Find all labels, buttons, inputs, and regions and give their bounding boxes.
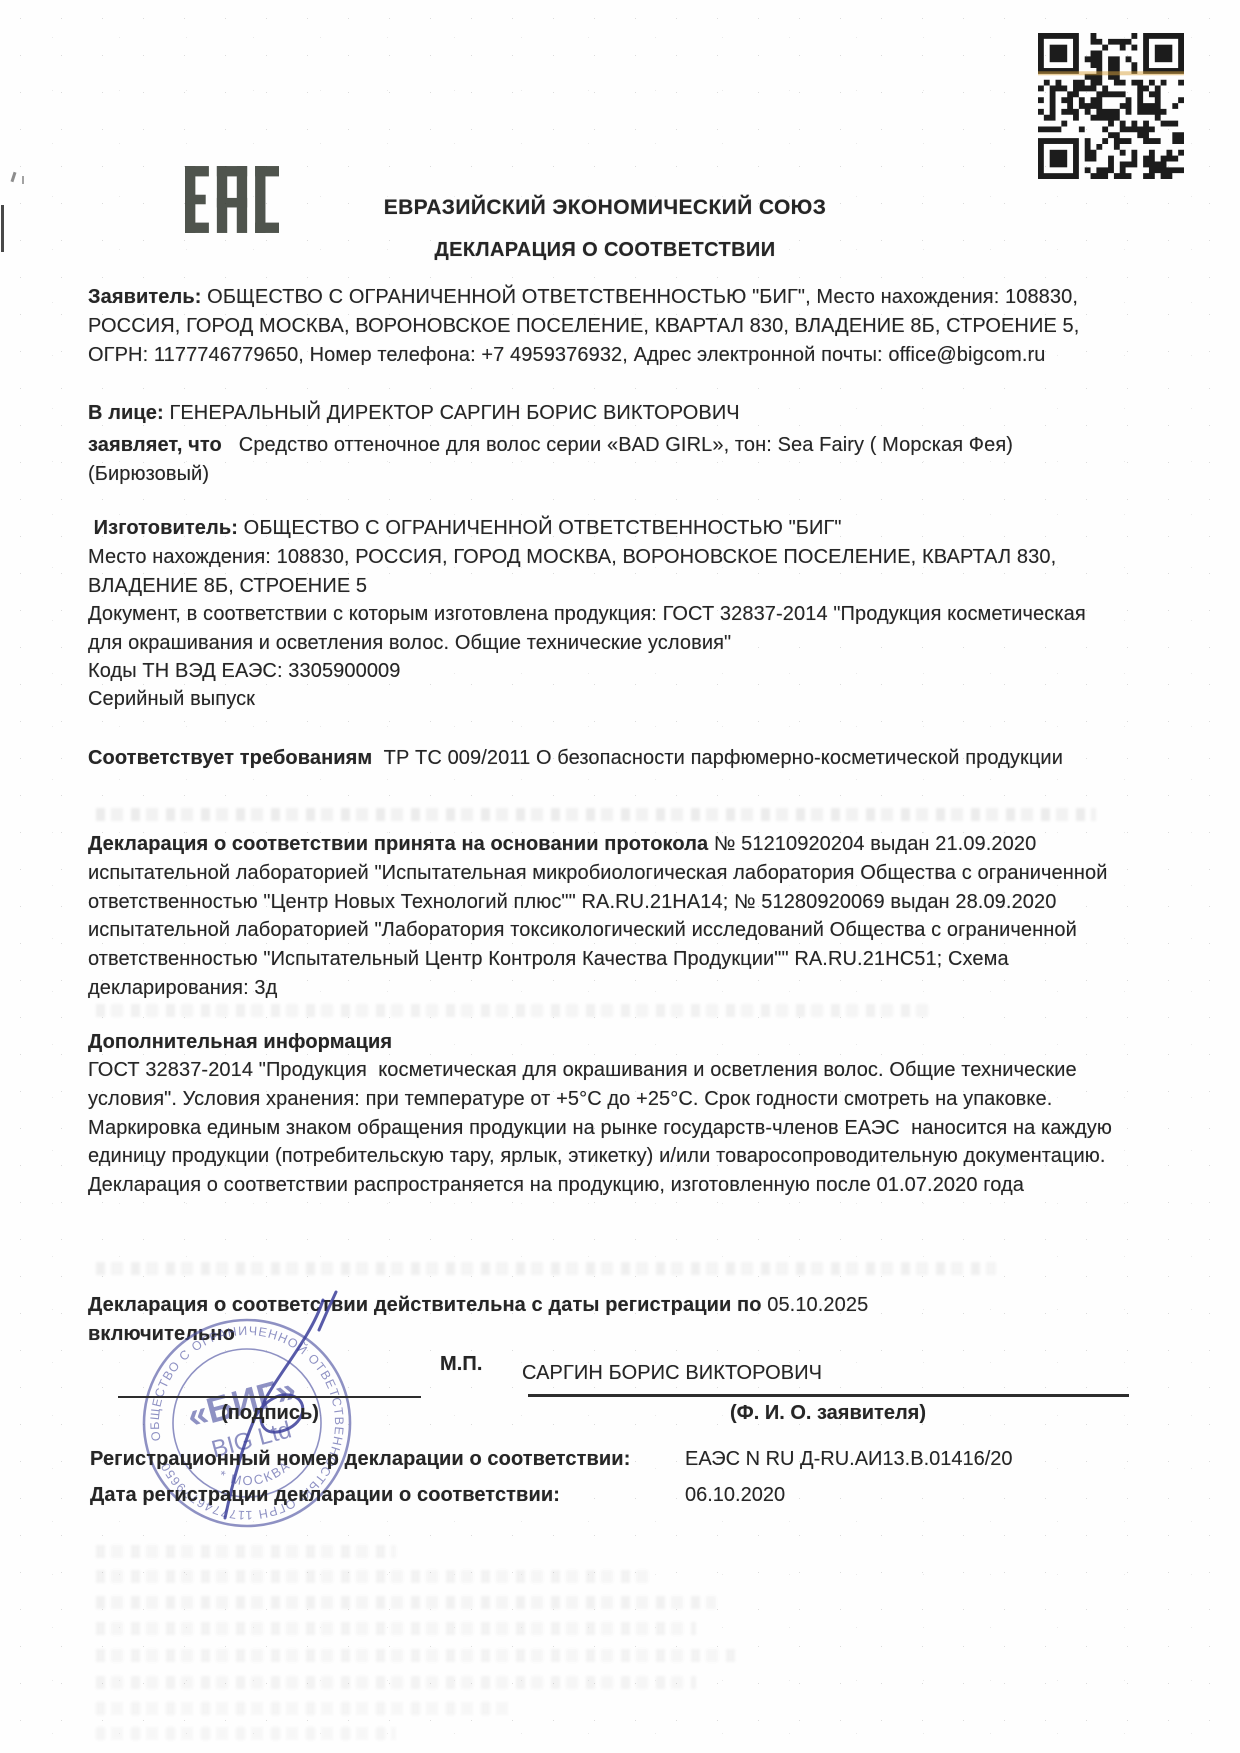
basis-text: № 51210920204 выдан 21.09.2020 испытател… [88,833,1113,999]
registration-date-label: Дата регистрации декларации о соответств… [90,1484,560,1507]
scan-edge-artifact [11,172,17,182]
name-caption: (Ф. И. О. заявителя) [628,1402,1028,1425]
registration-number-value: ЕАЭС N RU Д-RU.АИ13.В.01416/20 [685,1448,1013,1471]
applicant-paragraph: Заявитель: ОБЩЕСТВО С ОГРАНИЧЕННОЙ ОТВЕТ… [88,283,1120,369]
in-person-paragraph: В лице: ГЕНЕРАЛЬНЫЙ ДИРЕКТОР САРГИН БОРИ… [88,399,1120,428]
ghost-text-artifact [96,1596,716,1609]
ghost-text-artifact [96,1649,736,1662]
registration-number-label: Регистрационный номер декларации о соотв… [90,1448,630,1471]
in-person-label: В лице: [88,402,164,424]
manufacturer-address: Место нахождения: 108830, РОССИЯ, ГОРОД … [88,543,1120,601]
mp-label: М.П. [440,1353,483,1375]
additional-info-text: ГОСТ 32837-2014 "Продукция косметическая… [88,1056,1120,1200]
ghost-text-artifact [96,1570,656,1583]
ghost-text-artifact [96,1702,516,1715]
applicant-signatory-name: САРГИН БОРИС ВИКТОРОВИЧ [522,1359,1122,1388]
registration-date-value: 06.10.2020 [685,1484,785,1507]
basis-paragraph: Декларация о соответствии принята на осн… [88,830,1120,1003]
stamp-place-mark: М.П. [440,1350,520,1379]
validity-date: 05.10.2025 [762,1294,869,1316]
name-underline [528,1394,1129,1397]
in-person-text: ГЕНЕРАЛЬНЫЙ ДИРЕКТОР САРГИН БОРИС ВИКТОР… [164,402,740,424]
declaration-document-page: ЕВРАЗИЙСКИЙ ЭКОНОМИЧЕСКИЙ СОЮЗ ДЕКЛАРАЦИ… [0,0,1240,1753]
applicant-label: Заявитель: [88,286,202,308]
declares-label: заявляет, что [88,434,222,456]
additional-info-heading: Дополнительная информация [88,1028,1120,1057]
tnved-codes: Коды ТН ВЭД ЕАЭС: 3305900009 [88,657,1120,686]
ghost-text-artifact [96,808,1096,821]
qr-code [1038,33,1184,184]
scan-edge-artifact [22,176,24,184]
ghost-text-artifact [96,1676,696,1689]
scan-edge-artifact [1,205,4,252]
ghost-text-artifact [96,1004,936,1017]
manufacturer-text: ОБЩЕСТВО С ОГРАНИЧЕННОЙ ОТВЕТСТВЕННОСТЬЮ… [238,517,842,539]
basis-label: Декларация о соответствии принята на осн… [88,833,708,855]
ghost-text-artifact [96,1545,396,1558]
compliance-text: ТР ТС 009/2011 О безопасности парфюмерно… [372,747,1063,769]
product-description: Средство оттеночное для волос серии «BAD… [88,434,1019,485]
product-standard-document: Документ, в соответствии с которым изгот… [88,600,1120,658]
manufacturer-label: Изготовитель: [88,517,238,539]
additional-info-heading-text: Дополнительная информация [88,1031,392,1053]
compliance-paragraph: Соответствует требованиям ТР ТС 009/2011… [88,744,1120,773]
signature-underline [118,1396,421,1398]
signature-caption: (подпись) [170,1402,370,1425]
ghost-text-artifact [96,1727,396,1740]
ghost-text-artifact [96,1262,996,1275]
issue-type: Серийный выпуск [88,685,1120,714]
applicant-text: ОБЩЕСТВО С ОГРАНИЧЕННОЙ ОТВЕТСТВЕННОСТЬЮ… [88,286,1085,366]
declares-paragraph: заявляет, что Средство оттеночное для во… [88,431,1120,489]
ghost-text-artifact [96,1622,696,1635]
compliance-label: Соответствует требованиям [88,747,372,769]
union-title: ЕВРАЗИЙСКИЙ ЭКОНОМИЧЕСКИЙ СОЮЗ [90,196,1120,220]
document-title: ДЕКЛАРАЦИЯ О СООТВЕТСТВИИ [90,239,1120,262]
manufacturer-paragraph: Изготовитель: ОБЩЕСТВО С ОГРАНИЧЕННОЙ ОТ… [88,514,1120,543]
